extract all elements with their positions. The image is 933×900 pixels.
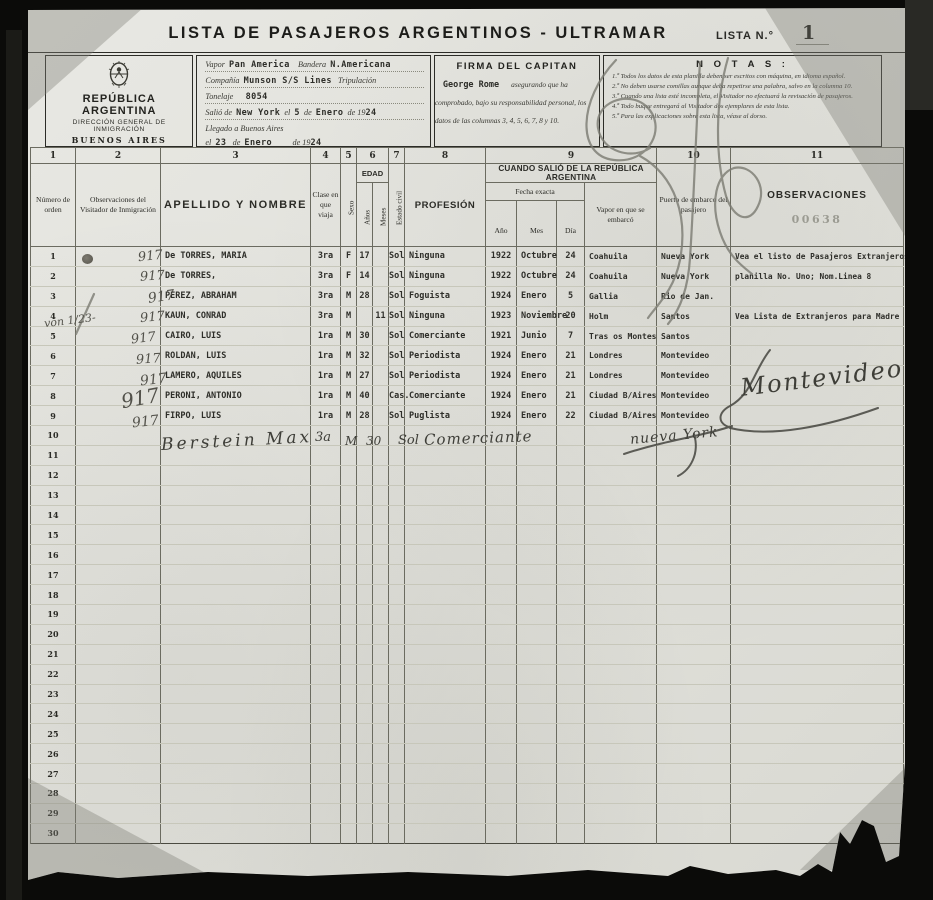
cell-sexo xyxy=(341,525,357,545)
cell-obs xyxy=(731,545,904,565)
cell-obs xyxy=(731,565,904,585)
cell-mes xyxy=(517,744,557,764)
cell-vapor xyxy=(585,644,657,664)
stamp-number: 00638 xyxy=(732,213,902,226)
cell-dia xyxy=(557,605,585,625)
cell-profesion xyxy=(405,684,486,704)
cell-estado xyxy=(389,605,405,625)
cell-name xyxy=(161,803,311,823)
ship-line-compania: Compañía Munson S/S Lines Tripulación xyxy=(205,76,423,88)
cell-profesion xyxy=(405,724,486,744)
cell-mark xyxy=(76,266,161,286)
cell-name xyxy=(161,764,311,784)
cell-ano xyxy=(486,624,517,644)
cell-obs xyxy=(731,724,904,744)
header-visitador: Observaciones del Visitador de Inmigraci… xyxy=(76,164,161,247)
cell-obs xyxy=(731,346,904,366)
captain-signature-box: FIRMA DEL CAPITAN George Rome asegurando… xyxy=(434,55,600,147)
cell-mark xyxy=(76,784,161,804)
cell-sexo xyxy=(341,764,357,784)
cell-meses xyxy=(373,485,389,505)
cell-mes xyxy=(517,605,557,625)
cell-puerto xyxy=(657,485,731,505)
cell-ano: 1922 xyxy=(486,247,517,267)
cell-clase xyxy=(311,525,341,545)
cell-puerto xyxy=(657,704,731,724)
cell-meses xyxy=(373,426,389,446)
cell-estado: Sol xyxy=(389,326,405,346)
cell-sexo xyxy=(341,644,357,664)
cell-obs xyxy=(731,664,904,684)
cell-n: 16 xyxy=(31,545,76,565)
cell-puerto xyxy=(657,505,731,525)
cell-puerto: Montevideo xyxy=(657,366,731,386)
cell-obs xyxy=(731,406,904,426)
cell-anos xyxy=(357,744,373,764)
cell-vapor: Coahuila xyxy=(585,247,657,267)
cell-profesion xyxy=(405,764,486,784)
table-row: 22 xyxy=(31,664,904,684)
passenger-table: 1 2 3 4 5 6 7 8 9 10 11 Número de orden … xyxy=(30,147,904,844)
cell-puerto xyxy=(657,545,731,565)
argentina-coat-of-arms-icon xyxy=(104,60,134,92)
cell-clase xyxy=(311,784,341,804)
cell-dia xyxy=(557,704,585,724)
cell-estado xyxy=(389,585,405,605)
org-country: REPÚBLICA ARGENTINA xyxy=(46,93,192,117)
cell-obs xyxy=(731,505,904,525)
cell-n: 3 xyxy=(31,286,76,306)
cell-obs xyxy=(731,644,904,664)
observaciones-title: OBSERVACIONES xyxy=(767,190,867,201)
cell-clase xyxy=(311,465,341,485)
note-item: 4.ª Todo buque entregará al Visitador do… xyxy=(612,102,875,111)
cell-name xyxy=(161,624,311,644)
cell-mes xyxy=(517,724,557,744)
cell-meses xyxy=(373,585,389,605)
cell-sexo xyxy=(341,724,357,744)
cell-estado xyxy=(389,445,405,465)
cell-mes xyxy=(517,823,557,843)
cell-meses xyxy=(373,784,389,804)
scan-background-strip xyxy=(6,30,22,900)
cell-vapor xyxy=(585,445,657,465)
cell-anos: 30 xyxy=(357,326,373,346)
cell-ano xyxy=(486,585,517,605)
cell-obs: Vea Lista de Extranjeros para Madre xyxy=(731,306,904,326)
table-row: 15 xyxy=(31,525,904,545)
cell-n: 24 xyxy=(31,704,76,724)
cell-anos xyxy=(357,306,373,326)
cell-dia xyxy=(557,684,585,704)
cell-obs xyxy=(731,784,904,804)
cell-ano: 1923 xyxy=(486,306,517,326)
cell-meses xyxy=(373,624,389,644)
cell-vapor xyxy=(585,605,657,625)
cell-ano: 1924 xyxy=(486,386,517,406)
cell-obs xyxy=(731,426,904,446)
cell-meses xyxy=(373,346,389,366)
cell-n: 18 xyxy=(31,585,76,605)
table-row: 29 xyxy=(31,803,904,823)
header-apellido: APELLIDO Y NOMBRE xyxy=(161,164,311,247)
cell-dia xyxy=(557,525,585,545)
table-row: 20 xyxy=(31,624,904,644)
table-row: 23 xyxy=(31,684,904,704)
cell-ano xyxy=(486,803,517,823)
ship-name-value: Pan America xyxy=(229,60,290,70)
cell-n: 25 xyxy=(31,724,76,744)
cell-meses xyxy=(373,505,389,525)
cell-estado xyxy=(389,505,405,525)
cell-anos xyxy=(357,823,373,843)
cell-n: 27 xyxy=(31,764,76,784)
cell-mes: Junio xyxy=(517,326,557,346)
cell-mark xyxy=(76,286,161,306)
cell-mes: Enero xyxy=(517,286,557,306)
cell-vapor xyxy=(585,545,657,565)
cell-estado: Sol xyxy=(389,346,405,366)
cell-anos xyxy=(357,644,373,664)
cell-obs xyxy=(731,704,904,724)
cell-n: 4 xyxy=(31,306,76,326)
cell-clase xyxy=(311,744,341,764)
cell-n: 19 xyxy=(31,605,76,625)
cell-mark xyxy=(76,644,161,664)
cell-profesion xyxy=(405,823,486,843)
cell-mes xyxy=(517,445,557,465)
ship-line-llegado-label: Llegado a Buenos Aires xyxy=(205,124,423,134)
cell-name xyxy=(161,724,311,744)
cell-n: 14 xyxy=(31,505,76,525)
arrival-month-value: Enero xyxy=(244,138,272,147)
cell-clase xyxy=(311,764,341,784)
ship-line-tonelaje: Tonelaje 8054 xyxy=(205,92,423,104)
cell-mark xyxy=(76,445,161,465)
header-dia: Día xyxy=(557,201,585,247)
notes-box: N O T A S : 1.ª Todos los datos de esta … xyxy=(603,55,882,147)
cell-meses xyxy=(373,545,389,565)
cell-clase: 3ra xyxy=(311,286,341,306)
cell-name xyxy=(161,704,311,724)
cell-n: 13 xyxy=(31,485,76,505)
cell-meses xyxy=(373,406,389,426)
cell-vapor: Ciudad B/Aires xyxy=(585,406,657,426)
table-row: 16 xyxy=(31,545,904,565)
cell-n: 17 xyxy=(31,565,76,585)
cell-obs xyxy=(731,684,904,704)
cell-dia xyxy=(557,764,585,784)
cell-meses: 11 xyxy=(373,306,389,326)
hole-punch-mark xyxy=(82,254,93,264)
issuer-box: REPÚBLICA ARGENTINA DIRECCIÓN GENERAL DE… xyxy=(45,55,193,147)
cell-vapor xyxy=(585,426,657,446)
cell-mark xyxy=(76,306,161,326)
cell-sexo: M xyxy=(341,406,357,426)
cell-name xyxy=(161,505,311,525)
cell-estado: Sol xyxy=(389,266,405,286)
cell-n: 29 xyxy=(31,803,76,823)
col-num: 11 xyxy=(731,148,904,164)
cell-anos xyxy=(357,803,373,823)
cell-sexo xyxy=(341,426,357,446)
cell-clase xyxy=(311,664,341,684)
cell-n: 6 xyxy=(31,346,76,366)
cell-estado xyxy=(389,624,405,644)
cell-profesion xyxy=(405,585,486,605)
cell-obs xyxy=(731,605,904,625)
cell-anos xyxy=(357,465,373,485)
cell-name: KAUN, CONRAD xyxy=(161,306,311,326)
cell-obs xyxy=(731,485,904,505)
cell-dia: 7 xyxy=(557,326,585,346)
table-row: 30 xyxy=(31,823,904,843)
cell-puerto: Montevideo xyxy=(657,406,731,426)
cell-mark xyxy=(76,803,161,823)
cell-name xyxy=(161,585,311,605)
header-puerto: Puerto de embarco del pasajero xyxy=(657,164,731,247)
cell-vapor: Tras os Montes xyxy=(585,326,657,346)
cell-name xyxy=(161,465,311,485)
cell-profesion xyxy=(405,485,486,505)
scan-background-strip xyxy=(905,0,933,110)
departure-year-value: 24 xyxy=(365,108,376,118)
cell-name: De TORRES, MARIA xyxy=(161,247,311,267)
col-num: 7 xyxy=(389,148,405,164)
cell-meses xyxy=(373,386,389,406)
cell-anos: 28 xyxy=(357,286,373,306)
cell-name xyxy=(161,784,311,804)
cell-mark xyxy=(76,406,161,426)
cell-dia xyxy=(557,823,585,843)
cell-name: LAMERO, AQUILES xyxy=(161,366,311,386)
cell-anos xyxy=(357,485,373,505)
table-row: 8PERONI, ANTONIO1raM40Cas.Comerciante192… xyxy=(31,386,904,406)
cell-meses xyxy=(373,525,389,545)
table-row: 21 xyxy=(31,644,904,664)
note-item: 5.ª Para las explicaciones sobre esta li… xyxy=(612,112,875,121)
table-row: 17 xyxy=(31,565,904,585)
cell-profesion: Foguista xyxy=(405,286,486,306)
cell-mark xyxy=(76,744,161,764)
cell-meses xyxy=(373,684,389,704)
cell-mark xyxy=(76,465,161,485)
cell-sexo xyxy=(341,823,357,843)
cell-estado xyxy=(389,724,405,744)
cell-puerto xyxy=(657,605,731,625)
table-row: 9FIRPO, LUIS1raM28SolPuglista1924Enero22… xyxy=(31,406,904,426)
cell-mark xyxy=(76,505,161,525)
header-fecha-exacta: Fecha exacta xyxy=(486,183,585,201)
cell-puerto xyxy=(657,724,731,744)
cell-dia xyxy=(557,644,585,664)
cell-puerto: Santos xyxy=(657,326,731,346)
cell-mes: Octubre xyxy=(517,247,557,267)
cell-dia: 21 xyxy=(557,386,585,406)
cell-obs xyxy=(731,445,904,465)
cell-mark xyxy=(76,485,161,505)
cell-obs xyxy=(731,803,904,823)
cell-n: 10 xyxy=(31,426,76,446)
table-row: 26 xyxy=(31,744,904,764)
cell-profesion: Puglista xyxy=(405,406,486,426)
lista-number-value: 1 xyxy=(796,22,829,45)
cell-estado: Sol xyxy=(389,286,405,306)
cell-vapor: Londres xyxy=(585,346,657,366)
cell-anos xyxy=(357,445,373,465)
cell-dia xyxy=(557,624,585,644)
cell-anos xyxy=(357,764,373,784)
cell-mark xyxy=(76,565,161,585)
cell-obs xyxy=(731,465,904,485)
table-row: 19 xyxy=(31,605,904,625)
cell-meses xyxy=(373,266,389,286)
cell-clase: 1ra xyxy=(311,366,341,386)
table-row: 11 xyxy=(31,445,904,465)
cell-mes xyxy=(517,565,557,585)
cell-puerto: Nueva York xyxy=(657,266,731,286)
cell-puerto xyxy=(657,664,731,684)
cell-obs xyxy=(731,366,904,386)
cell-name xyxy=(161,664,311,684)
cell-ano xyxy=(486,485,517,505)
cell-mark xyxy=(76,386,161,406)
cell-meses xyxy=(373,803,389,823)
cell-ano xyxy=(486,644,517,664)
cell-estado xyxy=(389,704,405,724)
cell-anos xyxy=(357,545,373,565)
cell-puerto xyxy=(657,445,731,465)
cell-dia: 21 xyxy=(557,346,585,366)
cell-obs xyxy=(731,585,904,605)
cell-ano: 1924 xyxy=(486,286,517,306)
cell-dia: 5 xyxy=(557,286,585,306)
notes-title: N O T A S : xyxy=(604,59,881,70)
cell-estado: Sol xyxy=(389,366,405,386)
cell-clase xyxy=(311,545,341,565)
cell-sexo: F xyxy=(341,266,357,286)
cell-anos xyxy=(357,784,373,804)
cell-mes: Enero xyxy=(517,386,557,406)
cell-meses xyxy=(373,565,389,585)
cell-profesion: Comerciante xyxy=(405,386,486,406)
cell-puerto xyxy=(657,784,731,804)
cell-meses xyxy=(373,366,389,386)
cell-profesion xyxy=(405,803,486,823)
cell-sexo: M xyxy=(341,306,357,326)
cell-profesion: Periodista xyxy=(405,366,486,386)
cell-ano xyxy=(486,426,517,446)
cell-puerto xyxy=(657,585,731,605)
col-num: 4 xyxy=(311,148,341,164)
cell-vapor xyxy=(585,485,657,505)
cell-profesion: Ninguna xyxy=(405,247,486,267)
cell-dia xyxy=(557,803,585,823)
cell-sexo: M xyxy=(341,386,357,406)
cell-anos xyxy=(357,585,373,605)
notes-list: 1.ª Todos los datos de esta planilla deb… xyxy=(612,72,875,121)
cell-sexo xyxy=(341,784,357,804)
cell-puerto xyxy=(657,644,731,664)
cell-sexo xyxy=(341,744,357,764)
cell-puerto: Montevideo xyxy=(657,346,731,366)
cell-puerto xyxy=(657,803,731,823)
cell-vapor xyxy=(585,585,657,605)
cell-dia xyxy=(557,585,585,605)
cell-anos: 14 xyxy=(357,266,373,286)
column-number-row: 1 2 3 4 5 6 7 8 9 10 11 xyxy=(31,148,904,164)
cell-clase xyxy=(311,624,341,644)
cell-estado xyxy=(389,664,405,684)
cell-n: 15 xyxy=(31,525,76,545)
col-num: 9 xyxy=(486,148,657,164)
cell-name xyxy=(161,605,311,625)
cell-name xyxy=(161,545,311,565)
cell-clase xyxy=(311,426,341,446)
cell-clase: 3ra xyxy=(311,306,341,326)
org-city: BUENOS AIRES xyxy=(46,135,192,145)
cell-name xyxy=(161,565,311,585)
cell-sexo xyxy=(341,684,357,704)
cell-sexo xyxy=(341,445,357,465)
header-row-1: Número de orden Observaciones del Visita… xyxy=(31,164,904,183)
cell-profesion xyxy=(405,545,486,565)
cell-sexo xyxy=(341,485,357,505)
cell-name xyxy=(161,684,311,704)
cell-anos xyxy=(357,704,373,724)
org-department: DIRECCIÓN GENERAL DE INMIGRACIÓN xyxy=(46,119,192,133)
lista-number-label: LISTA N.° xyxy=(716,30,774,42)
cell-n: 7 xyxy=(31,366,76,386)
cell-puerto xyxy=(657,684,731,704)
cell-mes xyxy=(517,485,557,505)
cell-anos xyxy=(357,664,373,684)
cell-obs xyxy=(731,744,904,764)
cell-estado xyxy=(389,684,405,704)
cell-profesion: Periodista xyxy=(405,346,486,366)
table-row: 6ROLDAN, LUIS1raM32SolPeriodista1924Ener… xyxy=(31,346,904,366)
cell-profesion xyxy=(405,505,486,525)
cell-dia xyxy=(557,565,585,585)
cell-mark xyxy=(76,664,161,684)
cell-mark xyxy=(76,624,161,644)
cell-sexo: F xyxy=(341,247,357,267)
cell-ano xyxy=(486,605,517,625)
cell-meses xyxy=(373,247,389,267)
cell-sexo: M xyxy=(341,346,357,366)
cell-name: ROLDAN, LUIS xyxy=(161,346,311,366)
cell-ano xyxy=(486,505,517,525)
col-num: 1 xyxy=(31,148,76,164)
cell-profesion: Ninguna xyxy=(405,266,486,286)
cell-name xyxy=(161,644,311,664)
cell-meses xyxy=(373,744,389,764)
table-row: 3PEREZ, ABRAHAM3raM28SolFoguista1924Ener… xyxy=(31,286,904,306)
cell-ano xyxy=(486,704,517,724)
cell-mes xyxy=(517,664,557,684)
cell-estado xyxy=(389,823,405,843)
cell-dia xyxy=(557,545,585,565)
cell-mark xyxy=(76,764,161,784)
cell-profesion xyxy=(405,426,486,446)
cell-clase xyxy=(311,485,341,505)
cell-estado xyxy=(389,545,405,565)
flag-value: N.Americana xyxy=(330,60,391,70)
cell-profesion xyxy=(405,704,486,724)
cell-vapor xyxy=(585,823,657,843)
cell-n: 26 xyxy=(31,744,76,764)
table-row: 18 xyxy=(31,585,904,605)
